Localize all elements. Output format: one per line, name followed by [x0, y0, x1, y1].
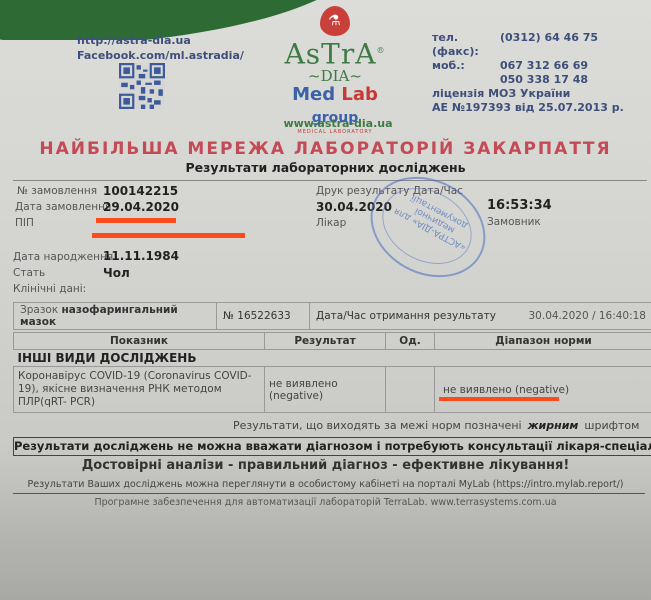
facebook-link: Facebook.com/ml.astradia/ [77, 48, 244, 63]
tel-label: тел. (факс): [432, 31, 500, 59]
sample-number: № 16522633 [217, 303, 310, 330]
sex-label: Стать [13, 267, 45, 279]
received-value: 30.04.2020 / 16:40:18 [529, 310, 647, 322]
sample-cell: Зразок назофарингальний мазок [14, 303, 217, 330]
header-range: Діапазон норми [435, 333, 651, 350]
indicator-cell: Коронавірус COVID-19 (Coronavirus COVID-… [14, 367, 265, 413]
site-url: www.astra-dia.ua [268, 117, 408, 130]
logo-brand: AsTrA® [270, 36, 400, 69]
logo-brand-sub: ~DIA~ [270, 69, 400, 84]
header-result: Результат [265, 333, 386, 350]
mylab-portal-note: Результати Ваших досліджень можна перегл… [0, 479, 651, 490]
logo-tagline: MEDICAL LABORATORY [270, 129, 400, 135]
note-bold-word: жирним [528, 419, 579, 432]
order-date-label: Дата замовлення [15, 201, 111, 213]
license-line-2: АЕ №197393 від 25.07.2013 р. [432, 101, 624, 115]
received-label: Дата/Час отримання результату [316, 310, 496, 322]
birth-date-value: 11.11.1984 [103, 249, 179, 263]
header-indicator: Показник [14, 333, 265, 350]
customer-label: Замовник [487, 216, 541, 228]
print-time: 16:53:34 [487, 198, 552, 213]
results-header-row: Показник Результат Од. Діапазон норми [14, 333, 651, 350]
qr-code-icon [119, 63, 165, 109]
redaction-mark [96, 218, 176, 223]
header-links: http://astra-dia.ua Facebook.com/ml.astr… [77, 33, 244, 63]
software-credit: Програмне забезпечення для автоматизації… [0, 497, 651, 508]
table-row: Коронавірус COVID-19 (Coronavirus COVID-… [14, 367, 651, 413]
order-date-value: 29.04.2020 [103, 200, 179, 214]
highlight-underline [439, 397, 559, 401]
footer-divider [13, 493, 645, 494]
name-label: ПІП [15, 217, 34, 229]
redaction-mark [92, 233, 245, 238]
section-title: ІНШІ ВИДИ ДОСЛІДЖЕНЬ [14, 350, 651, 367]
clinical-data-label: Клінічні дані: [13, 283, 86, 295]
document-title: Результати лабораторних досліджень [0, 160, 651, 175]
patient-info-frame [13, 180, 647, 303]
header-unit: Од. [386, 333, 435, 350]
website-link: http://astra-dia.ua [77, 33, 244, 48]
received-cell: Дата/Час отримання результату 30.04.2020… [310, 303, 651, 330]
range-value: не виявлено (negative) [443, 384, 569, 396]
order-no-value: 100142215 [103, 184, 178, 198]
range-cell: не виявлено (negative) [435, 367, 651, 413]
network-title: НАЙБІЛЬША МЕРЕЖА ЛАБОРАТОРІЙ ЗАКАРПАТТЯ [0, 139, 651, 159]
contacts-block: тел. (факс):(0312) 64 46 75 моб.:067 312… [432, 31, 624, 115]
sample-row: Зразок назофарингальний мазок № 16522633… [14, 303, 651, 330]
license-line-1: ліцензія МОЗ України [432, 87, 624, 101]
tel-value: (0312) 64 46 75 [500, 31, 598, 59]
section-row: ІНШІ ВИДИ ДОСЛІДЖЕНЬ [14, 350, 651, 367]
sample-table: Зразок назофарингальний мазок № 16522633… [13, 302, 651, 330]
birth-date-label: Дата народження [13, 251, 113, 263]
results-table: Показник Результат Од. Діапазон норми ІН… [13, 332, 651, 413]
lab-report-paper: http://astra-dia.ua Facebook.com/ml.astr… [0, 0, 651, 600]
unit-cell [386, 367, 435, 413]
result-cell: не виявлено (negative) [265, 367, 386, 413]
disclaimer-box: Результати досліджень не можна вважати д… [13, 437, 651, 456]
doctor-label: Лікар [316, 217, 346, 229]
microscope-drop-icon: ⚗ [320, 6, 350, 36]
slogan: Достовірні аналізи - правильний діагноз … [0, 458, 651, 473]
bold-note: Результати, що виходять за межі норм поз… [233, 419, 639, 432]
sex-value: Чол [103, 266, 130, 280]
mob-value-2: 050 338 17 48 [500, 73, 588, 87]
mob-value-1: 067 312 66 69 [500, 59, 588, 73]
astra-dia-logo: ⚗ AsTrA® ~DIA~ Med Lab group MEDICAL LAB… [270, 6, 400, 135]
order-no-label: № замовлення [17, 185, 97, 197]
mob-label: моб.: [432, 59, 500, 73]
